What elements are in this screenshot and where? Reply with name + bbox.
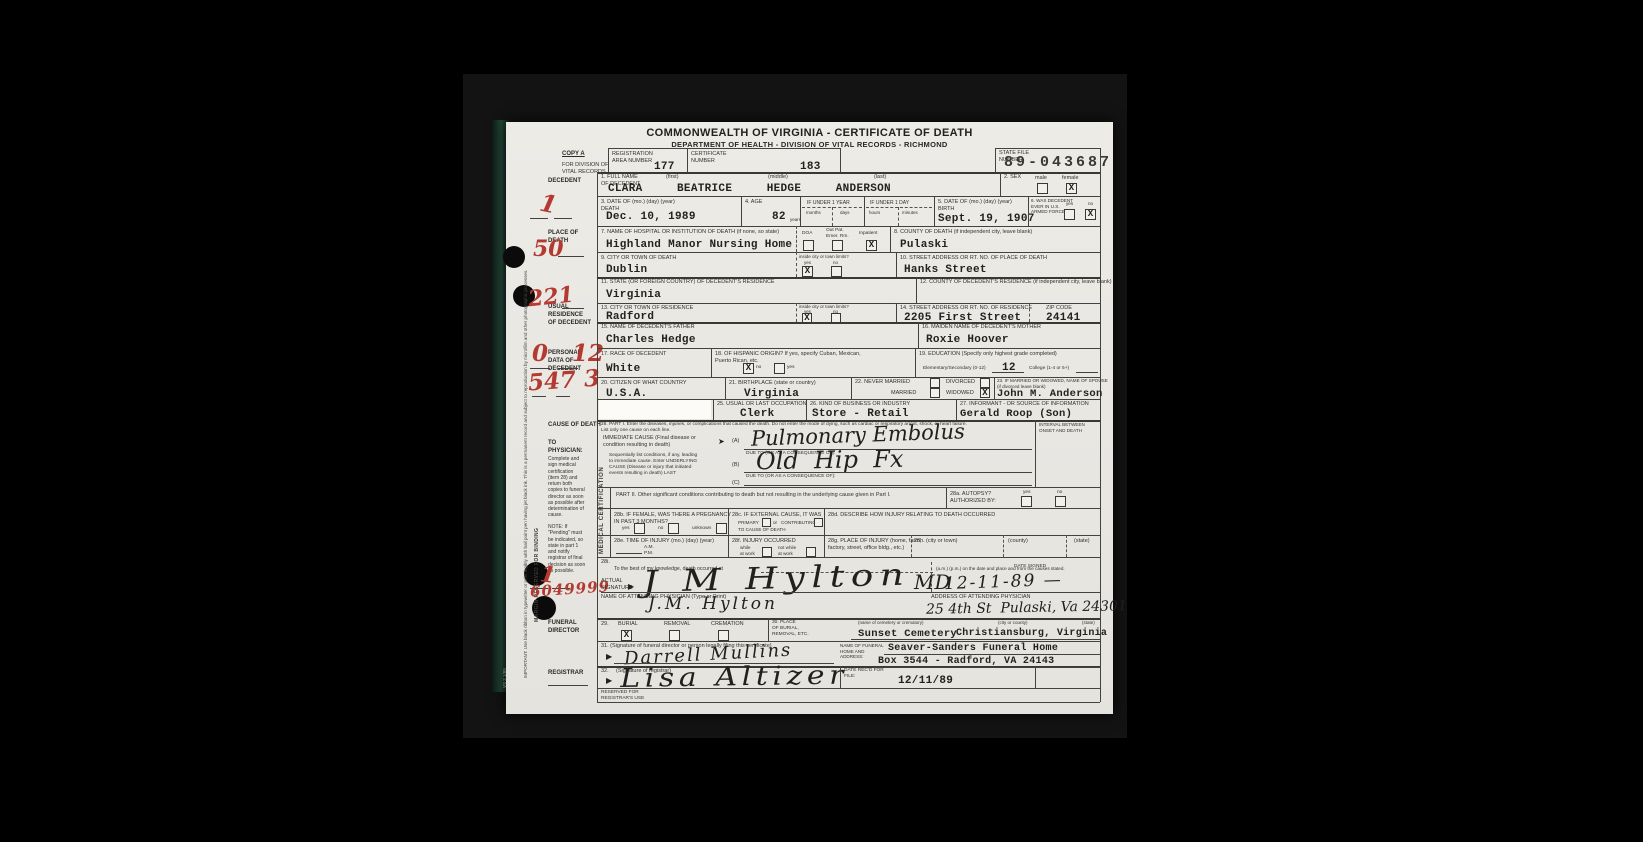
reserved-label: RESERVED FOR REGISTRAR'S USE	[601, 690, 644, 702]
part2-label: PART II. Other significant conditions co…	[616, 492, 946, 499]
place-of-burial-label: 30. PLACE OF BURIAL, REMOVAL, ETC.	[772, 620, 809, 638]
business-label: 26. KIND OF BUSINESS OR INDUSTRY	[810, 401, 910, 408]
date-of-birth-value: Sept. 19, 1907	[938, 214, 1035, 225]
full-name-value: CLARA BEATRICE HEDGE ANDERSON	[608, 184, 891, 195]
burial-checkbox: X	[621, 630, 632, 641]
hispanic-yes-checkbox	[774, 363, 785, 374]
arrow-icon: ➤	[718, 437, 725, 446]
death-limits-no-checkbox	[831, 266, 842, 277]
immediate-cause-label: IMMEDIATE CAUSE (Final disease or condit…	[603, 435, 696, 449]
street-residence-label: 14. STREET ADDRESS OR RT. NO. OF RESIDEN…	[900, 305, 1032, 312]
never-married-label: 22. NEVER MARRIED	[855, 379, 910, 386]
date-filed-label: DATE REC'D FOR FILE:	[844, 668, 884, 680]
place-of-injury-label: 28g. PLACE OF INJURY (home, farm, factor…	[828, 538, 921, 552]
street-of-death-label: 10. STREET ADDRESS OR RT. NO. OF PLACE O…	[900, 255, 1047, 262]
er-checkbox	[832, 240, 843, 251]
pregnancy-yes-label: yes	[622, 526, 629, 532]
race-value: White	[606, 364, 641, 375]
armed-forces-no-checkbox: X	[1085, 209, 1096, 220]
inpatient-label: Inpatient	[859, 231, 877, 237]
if-under-1-year-label: IF UNDER 1 YEAR	[807, 200, 850, 206]
contributing-checkbox	[814, 518, 823, 527]
registration-area-number-label: REGISTRATION AREA NUMBER	[612, 151, 653, 165]
under1yr-days-label: days	[840, 210, 850, 216]
signature-arrow-icon: ▶	[628, 582, 634, 591]
external-cause-label: 28c. IF EXTERNAL CAUSE, IT WAS	[732, 512, 821, 519]
section-decedent: DECEDENT	[548, 178, 581, 186]
county-residence-label: 12. COUNTY OF DECEDENT'S RESIDENCE (if i…	[920, 279, 1112, 286]
red-annotation-1: 1	[538, 191, 559, 218]
res-limits-no-checkbox	[831, 313, 841, 323]
sex-male-checkbox	[1037, 183, 1048, 194]
state-residence-value: Virginia	[606, 290, 661, 301]
age-value: 82	[772, 212, 786, 223]
28i-label: 28i.	[601, 559, 610, 566]
copy-label: COPY A	[562, 151, 585, 159]
section-to-physician: TO PHYSICIAN:	[548, 440, 583, 456]
mother-label: 16. MAIDEN NAME OF DECEDENT'S MOTHER	[922, 324, 1041, 331]
name-last-sublabel: (last)	[874, 174, 886, 181]
birthplace-label: 21. BIRTHPLACE (state or country)	[729, 380, 816, 387]
correction-patch	[599, 400, 711, 419]
occupation-value: Clerk	[740, 409, 775, 420]
cemetery-value: Sunset Cemetery	[858, 629, 957, 640]
education-elementary-label: Elementary/Secondary (0-12)	[923, 366, 986, 372]
citizen-value: U.S.A.	[606, 389, 647, 400]
not-while-at-work-label: not while at work	[778, 545, 796, 556]
sex-label: 2. SEX	[1004, 174, 1021, 181]
hispanic-no-label: no	[756, 365, 761, 371]
hole-punch	[503, 246, 525, 268]
hispanic-no-checkbox: X	[743, 363, 754, 374]
armed-forces-no-label: no	[1088, 201, 1093, 207]
or-label: or	[773, 520, 777, 526]
section-funeral-director: FUNERAL DIRECTOR	[548, 620, 579, 636]
burial-state-sublabel: (state)	[1082, 620, 1095, 626]
injury-county-label: (county)	[1008, 538, 1028, 545]
hospital-value: Highland Manor Nursing Home	[606, 240, 792, 251]
injury-occurred-label: 28f. INJURY OCCURRED	[732, 538, 796, 545]
street-residence-value: 2205 First Street	[904, 313, 1021, 324]
sequential-label: Sequentially list conditions, if any, le…	[609, 453, 697, 477]
sex-male-label: male	[1035, 175, 1047, 182]
citizen-label: 20. CITIZEN OF WHAT COUNTRY	[601, 380, 687, 387]
time-of-injury-label: 28e. TIME OF INJURY (mo.) (day) (year)	[614, 538, 714, 545]
pregnancy-yes-checkbox	[634, 523, 645, 534]
while-at-work-checkbox	[762, 547, 772, 557]
funeral-home-name: Seaver-Sanders Funeral Home	[888, 644, 1058, 654]
never-married-checkbox	[930, 378, 940, 388]
autopsy-no-checkbox	[1055, 496, 1066, 507]
cremation-checkbox	[718, 630, 729, 641]
city-of-death-label: 9. CITY OR TOWN OF DEATH	[601, 255, 676, 262]
under1day-minutes-label: minutes	[902, 210, 918, 216]
occupation-label: 25. USUAL OR LAST OCCUPATION	[717, 401, 807, 408]
registrar-signature-handwriting: Lisa Altizer	[620, 663, 848, 692]
age-label: 4. AGE	[745, 199, 762, 206]
date-filed-value: 12/11/89	[898, 676, 953, 687]
autopsy-label: 28a. AUTOPSY? AUTHORIZED BY:	[950, 491, 996, 505]
death-certificate-page: COMMONWEALTH OF VIRGINIA - CERTIFICATE O…	[506, 122, 1113, 714]
widowed-label: WIDOWED	[946, 390, 974, 397]
pregnancy-unknown-label: unknown	[692, 526, 711, 532]
city-residence-value: Radford	[606, 312, 654, 323]
certificate-title: COMMONWEALTH OF VIRGINIA - CERTIFICATE O…	[506, 127, 1113, 139]
registrar-signature-arrow-icon: ▶	[606, 676, 612, 685]
red-annotation-221: 221	[527, 284, 575, 311]
injury-city-label: (city or town)	[926, 538, 957, 545]
line-a-label: (A)	[732, 438, 739, 445]
29-label: 29.	[601, 621, 609, 628]
death-limits-yes-checkbox: X	[802, 266, 813, 277]
race-label: 17. RACE OF DECEDENT	[601, 351, 666, 358]
under1yr-months-label: months	[806, 210, 821, 216]
informant-label: 27. INFORMANT - OR SOURCE OF INFORMATION	[960, 401, 1089, 408]
divorced-checkbox	[980, 378, 990, 388]
father-label: 15. NAME OF DECEDENT'S FATHER	[601, 324, 695, 331]
spouse-value: John M. Anderson	[997, 389, 1103, 400]
describe-injury-label: 28d. DESCRIBE HOW INJURY RELATING TO DEA…	[828, 512, 995, 519]
informant-value: Gerald Roop (Son)	[960, 409, 1072, 420]
death-limits-no-label: no	[833, 260, 838, 266]
hispanic-label: 18. OF HISPANIC ORIGIN? If yes, specify …	[715, 351, 861, 365]
hospital-label: 7. NAME OF HOSPITAL OR INSTITUTION OF DE…	[601, 229, 779, 236]
father-value: Charles Hedge	[606, 335, 696, 346]
doa-checkbox	[803, 240, 814, 251]
red-annotation-547-3: 547 3	[527, 367, 600, 395]
state-residence-label: 11. STATE (OR FOREIGN COUNTRY) OF DECEDE…	[601, 279, 775, 286]
section-registrar: REGISTRAR	[548, 670, 583, 678]
death-limits-yes-label: yes	[804, 260, 811, 266]
sex-female-checkbox: X	[1066, 183, 1077, 194]
32-label: 32.	[601, 668, 609, 675]
name-middle-sublabel: (middle)	[768, 174, 788, 181]
margin-important-note: IMPORTANT: Use black ribbon in typewrite…	[523, 269, 528, 678]
burial-label: BURIAL	[618, 621, 638, 628]
interval-label: INTERVAL BETWEEN ONSET AND DEATH	[1039, 422, 1085, 433]
date-signed-label: DATE SIGNED	[1014, 564, 1046, 570]
pregnancy-no-checkbox	[668, 523, 679, 534]
business-value: Store - Retail	[812, 409, 909, 420]
certificate-number-label: CERTIFICATE NUMBER	[691, 151, 727, 165]
pregnancy-no-label: no	[658, 526, 663, 532]
armed-forces-yes-checkbox	[1064, 209, 1075, 220]
mother-value: Roxie Hoover	[926, 335, 1009, 346]
er-label: Out Pat. Emer. Rm.	[826, 228, 849, 240]
contributing-label: CONTRIBUTING	[781, 520, 816, 526]
res-limits-yes-checkbox: X	[802, 313, 812, 323]
cemetery-sublabel: (name of cemetery or crematory)	[858, 620, 924, 626]
removal-checkbox	[669, 630, 680, 641]
to-cause-label: TO CAUSE OF DEATH	[738, 527, 786, 533]
zip-value: 24141	[1046, 313, 1081, 324]
attending-physician-handwriting: J.M. Hylton	[648, 596, 778, 613]
funeral-home-address: Box 3544 - Radford, VA 24143	[878, 657, 1054, 667]
hispanic-yes-label: yes	[787, 365, 794, 371]
widowed-checkbox: X	[980, 388, 990, 398]
married-checkbox	[930, 388, 940, 398]
county-of-death-value: Pulaski	[900, 240, 948, 251]
injury-state-label: (state)	[1074, 538, 1090, 545]
physician-address-handwriting: 25 4th St Pulaski, Va 24301	[926, 599, 1127, 617]
under1day-hours-label: hours	[869, 210, 880, 216]
primary-checkbox	[762, 518, 771, 527]
date-of-birth-label: 5. DATE OF (mo.) (day) (year) BIRTH	[938, 199, 1012, 213]
county-of-death-label: 8. COUNTY OF DEATH (if independent city,…	[894, 229, 1032, 236]
not-while-at-work-checkbox	[806, 547, 816, 557]
28h-label: 28h.	[914, 538, 925, 545]
cremation-label: CREMATION	[711, 621, 744, 628]
city-of-death-value: Dublin	[606, 265, 647, 276]
red-annotation-6049999: 6049999	[530, 579, 611, 600]
zip-label: ZIP CODE	[1046, 305, 1072, 312]
armed-forces-yes-label: yes	[1066, 201, 1073, 207]
due-to-b-label: DUE TO (OR AS A CONSEQUENCE OF):	[746, 474, 835, 480]
burial-city-sublabel: (city or county)	[998, 620, 1028, 626]
education-label: 19. EDUCATION (Specify only highest grad…	[919, 351, 1057, 358]
if-under-1-day-label: IF UNDER 1 DAY	[870, 200, 909, 206]
street-of-death-value: Hanks Street	[904, 265, 987, 276]
fd-signature-arrow-icon: ▶	[606, 652, 612, 661]
primary-label: PRIMARY	[738, 520, 759, 526]
married-label: MARRIED	[891, 390, 916, 397]
state-file-number-value: 89-043687	[1004, 155, 1112, 170]
date-signed-handwriting: 12-11-89 —	[944, 572, 1063, 593]
autopsy-yes-checkbox	[1021, 496, 1032, 507]
cause-b-handwriting: Old Hip Fx	[756, 447, 904, 474]
education-college-label: College (1-4 or 5+)	[1029, 366, 1069, 372]
death-limits-label: inside city or town limits?	[799, 254, 869, 260]
medical-certification-strip: MEDICAL CERTIFICATION	[599, 467, 605, 554]
while-at-work-label: while at work	[740, 545, 755, 556]
scanned-death-certificate: COMMONWEALTH OF VIRGINIA - CERTIFICATE O…	[0, 0, 1643, 842]
name-first-sublabel: (first)	[666, 174, 679, 181]
birthplace-value: Virginia	[744, 389, 799, 400]
sex-female-label: female	[1062, 175, 1079, 182]
burial-city-value: Christiansburg, Virginia	[956, 629, 1107, 639]
line-c-label: (C)	[732, 480, 740, 487]
line-b-label: (B)	[732, 462, 739, 469]
divorced-label: DIVORCED	[946, 379, 975, 386]
form-number: VS 2 1/89	[502, 668, 507, 688]
pregnancy-unknown-checkbox	[716, 523, 727, 534]
section-cause-of-death: CAUSE OF DEATH	[548, 422, 601, 430]
date-of-death-value: Dec. 10, 1989	[606, 212, 696, 223]
red-annotation-0-12: 0 12	[532, 342, 604, 365]
inpatient-checkbox: X	[866, 240, 877, 251]
physician-instructions: Complete and sign medical certification …	[548, 456, 598, 519]
ampm-label: A.M. P.M.	[644, 545, 654, 557]
doa-label: DOA	[802, 231, 812, 237]
removal-label: REMOVAL	[664, 621, 691, 628]
